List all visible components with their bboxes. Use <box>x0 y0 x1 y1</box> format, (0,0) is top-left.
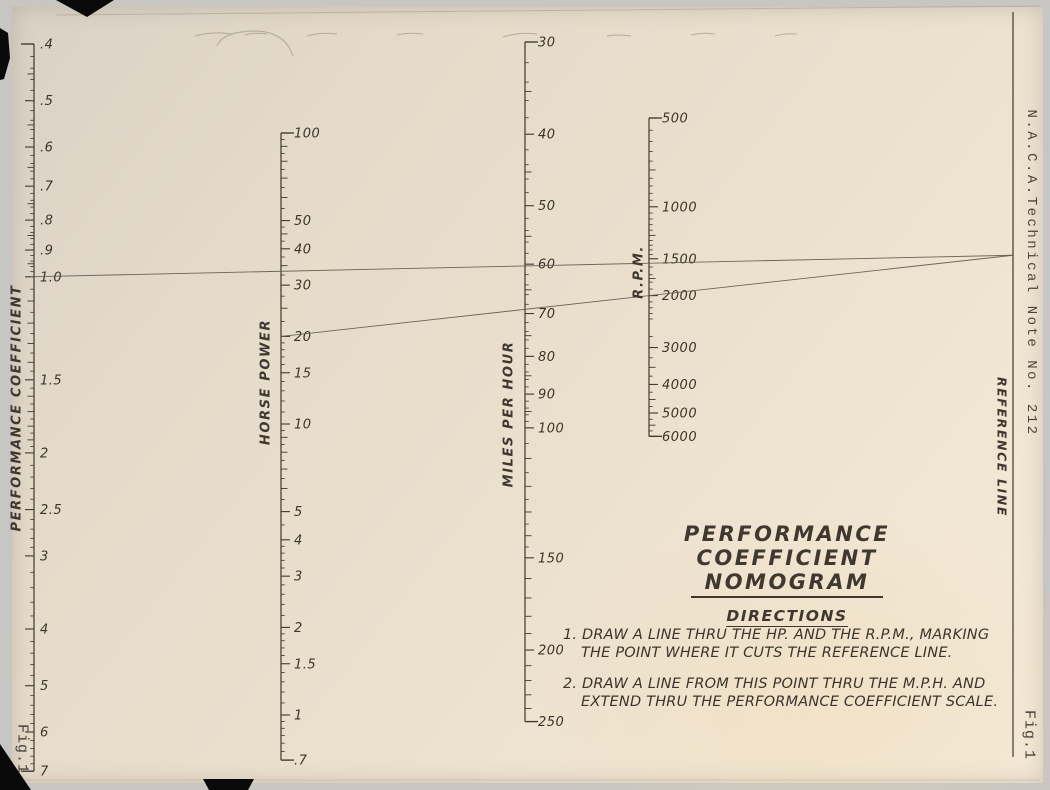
tick-label-performance_coefficient-3: 3 <box>40 549 49 564</box>
tick-label-horse_power-3: 3 <box>294 570 303 585</box>
tick-label-performance_coefficient-2: 2 <box>40 446 49 461</box>
figure-label-left: Fig.1 <box>14 724 31 774</box>
title-block: PERFORMANCE COEFFICIENT NOMOGRAM DIRECTI… <box>647 522 927 627</box>
tick-label-miles_per_hour-50: 50 <box>538 199 556 214</box>
tick-label-miles_per_hour-80: 80 <box>538 350 556 365</box>
tick-label-performance_coefficient-.8: .8 <box>40 214 53 229</box>
title-line-3: NOMOGRAM <box>691 570 884 598</box>
tick-label-performance_coefficient-4: 4 <box>40 623 49 638</box>
tick-label-performance_coefficient-1.0: 1.0 <box>40 270 62 285</box>
scale-horse-power: 10050403020151054321.51.7 <box>281 127 320 769</box>
tick-label-miles_per_hour-150: 150 <box>538 551 564 566</box>
tick-label-performance_coefficient-.7: .7 <box>40 180 54 195</box>
tick-label-performance_coefficient-.6: .6 <box>40 141 53 156</box>
tick-label-rpm-1500: 1500 <box>662 252 697 267</box>
tick-label-horse_power-5: 5 <box>294 505 303 520</box>
tick-label-horse_power-1.5: 1.5 <box>294 657 316 672</box>
scale-rpm: 5001000150020003000400050006000 <box>649 112 697 445</box>
figure-label-right: Fig.1 <box>1021 710 1038 760</box>
tick-label-rpm-3000: 3000 <box>662 341 697 356</box>
paper-top-edge <box>56 6 1041 15</box>
tick-label-horse_power-.7: .7 <box>294 754 308 769</box>
tick-label-performance_coefficient-.5: .5 <box>40 94 53 109</box>
horse-power-scale-label: HORSE POWER <box>259 319 274 445</box>
tick-label-horse_power-40: 40 <box>294 242 312 257</box>
tick-label-miles_per_hour-40: 40 <box>538 128 556 143</box>
tick-label-horse_power-15: 15 <box>294 366 312 381</box>
construction-line-hp-rpm <box>281 255 1013 336</box>
pencil-arc <box>217 31 293 56</box>
reference-line-label: REFERENCE LINE <box>995 377 1010 517</box>
tick-label-horse_power-100: 100 <box>294 127 320 142</box>
pencil-scribbles <box>195 33 797 37</box>
miles-per-hour-scale-label: MILES PER HOUR <box>502 341 517 488</box>
tick-label-rpm-5000: 5000 <box>662 407 697 422</box>
tick-label-horse_power-2: 2 <box>294 621 303 636</box>
direction-item-1: 1. DRAW A LINE THRU THE HP. AND THE R.P.… <box>563 626 1015 662</box>
tick-label-performance_coefficient-1.5: 1.5 <box>40 373 62 388</box>
tick-label-performance_coefficient-6: 6 <box>40 726 49 741</box>
direction-item-2: 2. DRAW A LINE FROM THIS POINT THRU THE … <box>563 675 1015 711</box>
tick-label-miles_per_hour-200: 200 <box>538 644 564 659</box>
tick-label-rpm-4000: 4000 <box>662 378 697 393</box>
tick-label-rpm-500: 500 <box>662 112 688 127</box>
construction-line-result <box>29 255 1013 277</box>
tick-label-miles_per_hour-100: 100 <box>538 421 564 436</box>
title-line-2: COEFFICIENT <box>647 546 927 570</box>
tick-label-miles_per_hour-90: 90 <box>538 388 556 403</box>
performance-coefficient-scale-label: PERFORMANCE COEFFICIENT <box>10 284 25 531</box>
scanned-page: .4.5.6.7.8.91.01.522.5345671005040302015… <box>0 0 1050 790</box>
tick-label-horse_power-50: 50 <box>294 214 312 229</box>
tick-label-miles_per_hour-250: 250 <box>538 715 564 730</box>
tick-label-performance_coefficient-5: 5 <box>40 679 49 694</box>
tick-label-rpm-1000: 1000 <box>662 200 697 215</box>
tick-label-performance_coefficient-.4: .4 <box>40 38 53 53</box>
scale-performance-coefficient: .4.5.6.7.8.91.01.522.534567 <box>21 38 62 780</box>
rpm-scale-label: R.P.M. <box>632 245 647 299</box>
tick-label-performance_coefficient-.9: .9 <box>40 244 53 259</box>
tick-label-performance_coefficient-7: 7 <box>40 765 49 780</box>
edge-notch-bottom <box>203 779 254 790</box>
tick-label-performance_coefficient-2.5: 2.5 <box>40 503 62 518</box>
tick-label-miles_per_hour-70: 70 <box>538 307 556 322</box>
edge-title: N.A.C.A.Technical Note No. 212 <box>1023 109 1039 436</box>
tick-label-horse_power-10: 10 <box>294 418 312 433</box>
edge-tear-left <box>0 28 10 80</box>
tick-label-horse_power-30: 30 <box>294 279 312 294</box>
tick-label-miles_per_hour-30: 30 <box>538 36 556 51</box>
directions-list: 1. DRAW A LINE THRU THE HP. AND THE R.P.… <box>563 626 1015 724</box>
directions-heading: DIRECTIONS <box>726 607 847 627</box>
tick-label-horse_power-4: 4 <box>294 533 303 548</box>
tick-label-rpm-6000: 6000 <box>662 430 697 445</box>
scale-miles-per-hour: 30405060708090100150200250 <box>525 36 564 731</box>
tick-label-horse_power-20: 20 <box>294 330 312 345</box>
title-line-1: PERFORMANCE <box>647 522 927 546</box>
tick-label-rpm-2000: 2000 <box>662 289 697 304</box>
tick-label-horse_power-1: 1 <box>294 709 303 724</box>
